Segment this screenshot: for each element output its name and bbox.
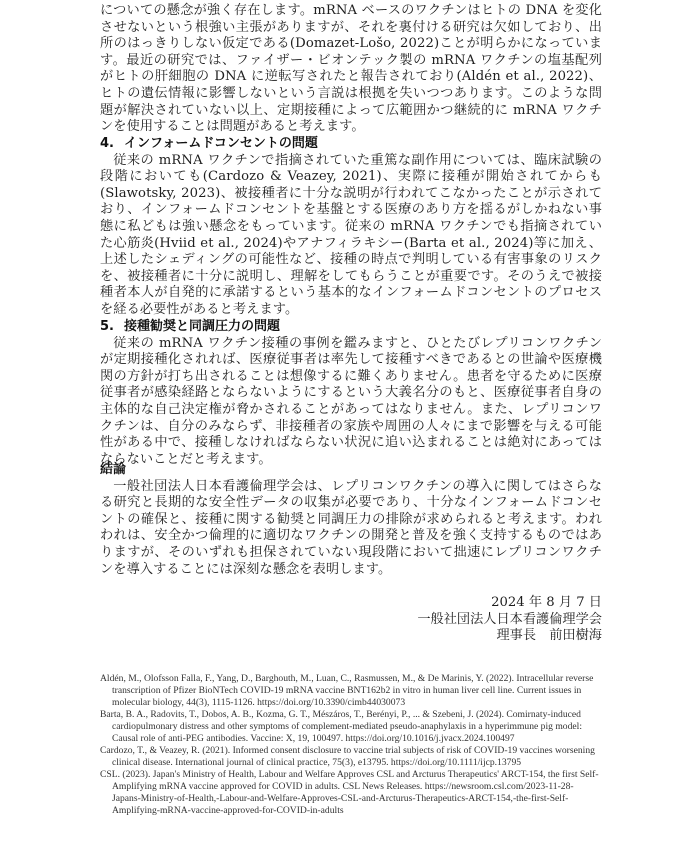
conclusion-body: 一般社団法人日本看護倫理学会は、レプリコンワクチンの導入に関してはさらなる研究と… (100, 479, 602, 579)
signature-date: 2024 年 8 月 7 日 (302, 595, 602, 612)
reference-item: CSL. (2023). Japan's Ministry of Health,… (100, 769, 602, 817)
section-number: 4. (100, 136, 124, 153)
conclusion-heading: 結論 (100, 462, 602, 479)
section-heading: 5.接種勧奨と同調圧力の問題 (100, 319, 602, 336)
section-informed-consent: 4.インフォームドコンセントの問題 従来の mRNA ワクチンで指摘されていた重… (100, 136, 602, 319)
reference-item: Barta, B. A., Radovits, T., Dobos, A. B.… (100, 709, 602, 745)
section-heading: 4.インフォームドコンセントの問題 (100, 136, 602, 153)
signature-block: 2024 年 8 月 7 日 一般社団法人日本看護倫理学会 理事長 前田樹海 (302, 595, 602, 645)
section-vaccination-pressure: 5.接種勧奨と同調圧力の問題 従来の mRNA ワクチン接種の事例を鑑みますと、… (100, 319, 602, 468)
section-title: 接種勧奨と同調圧力の問題 (124, 319, 280, 334)
section-conclusion: 結論 一般社団法人日本看護倫理学会は、レプリコンワクチンの導入に関してはさらなる… (100, 462, 602, 578)
reference-item: Cardozo, T., & Veazey, R. (2021). Inform… (100, 745, 602, 769)
reference-item: Aldén, M., Olofsson Falla, F., Yang, D.,… (100, 673, 602, 709)
section-body: 従来の mRNA ワクチンで指摘されていた重篤な副作用については、臨床試験の段階… (100, 153, 602, 319)
paragraph-continuation: についての懸念が強く存在します。mRNA ベースのワクチンはヒトの DNA を変… (100, 3, 602, 136)
signature-representative: 理事長 前田樹海 (302, 628, 602, 645)
previous-section-continuation: についての懸念が強く存在します。mRNA ベースのワクチンはヒトの DNA を変… (100, 3, 602, 136)
signature-organization: 一般社団法人日本看護倫理学会 (302, 612, 602, 629)
references-list: Aldén, M., Olofsson Falla, F., Yang, D.,… (100, 673, 602, 817)
section-body: 従来の mRNA ワクチン接種の事例を鑑みますと、ひとたびレプリコンワクチンが定… (100, 336, 602, 469)
section-number: 5. (100, 319, 124, 336)
section-title: インフォームドコンセントの問題 (124, 136, 318, 151)
